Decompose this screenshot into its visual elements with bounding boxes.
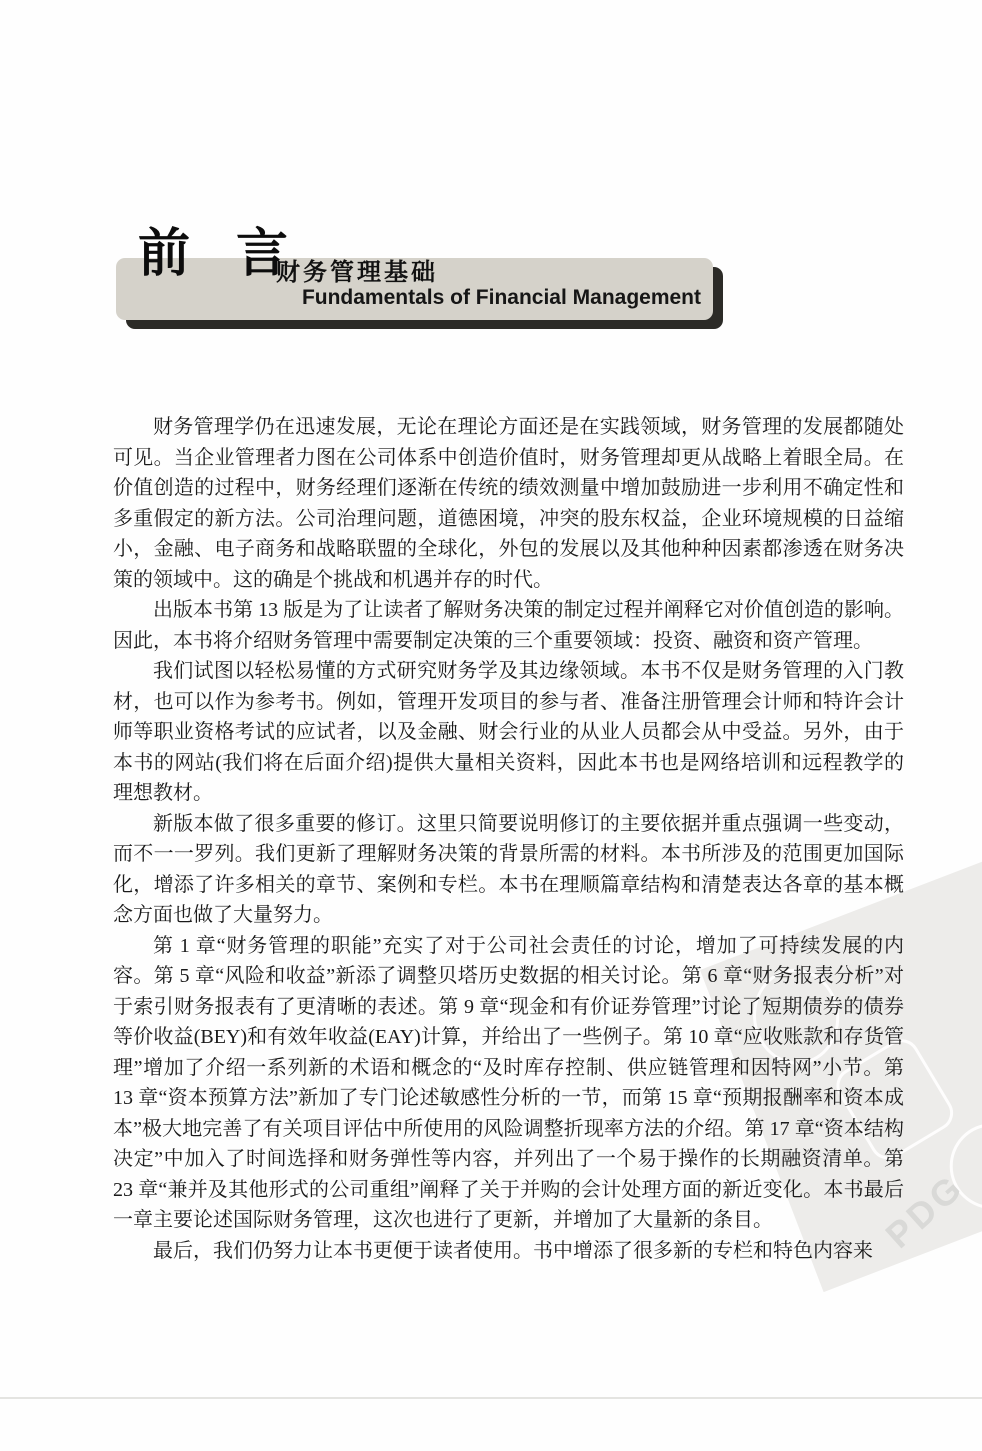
scanned-book-page: PDG 前言 财务管理基础 Fundamentals of Financial … (0, 0, 982, 1451)
preface-body: 财务管理学仍在迅速发展，无论在理论方面还是在实践领域，财务管理的发展都随处可见。… (113, 412, 904, 1266)
preface-paragraph: 新版本做了很多重要的修订。这里只简要说明修订的主要依据并重点强调一些变动，而不一… (113, 809, 904, 931)
preface-paragraph: 财务管理学仍在迅速发展，无论在理论方面还是在实践领域，财务管理的发展都随处可见。… (113, 412, 904, 595)
preface-paragraph: 最后，我们仍努力让本书更便于读者使用。书中增添了很多新的专栏和特色内容来 (113, 1236, 904, 1267)
scan-artifact-line (0, 1397, 982, 1399)
series-title-cn: 财务管理基础 (276, 260, 438, 286)
preface-paragraph: 第 1 章“财务管理的职能”充实了对于公司社会责任的讨论，增加了可持续发展的内容… (113, 931, 904, 1236)
preface-paragraph: 我们试图以轻松易懂的方式研究财务学及其边缘领域。本书不仅是财务管理的入门教材，也… (113, 656, 904, 809)
series-title-en: Fundamentals of Financial Management (116, 286, 701, 310)
preface-paragraph: 出版本书第 13 版是为了让读者了解财务决策的制定过程并阐释它对价值创造的影响。… (113, 595, 904, 656)
